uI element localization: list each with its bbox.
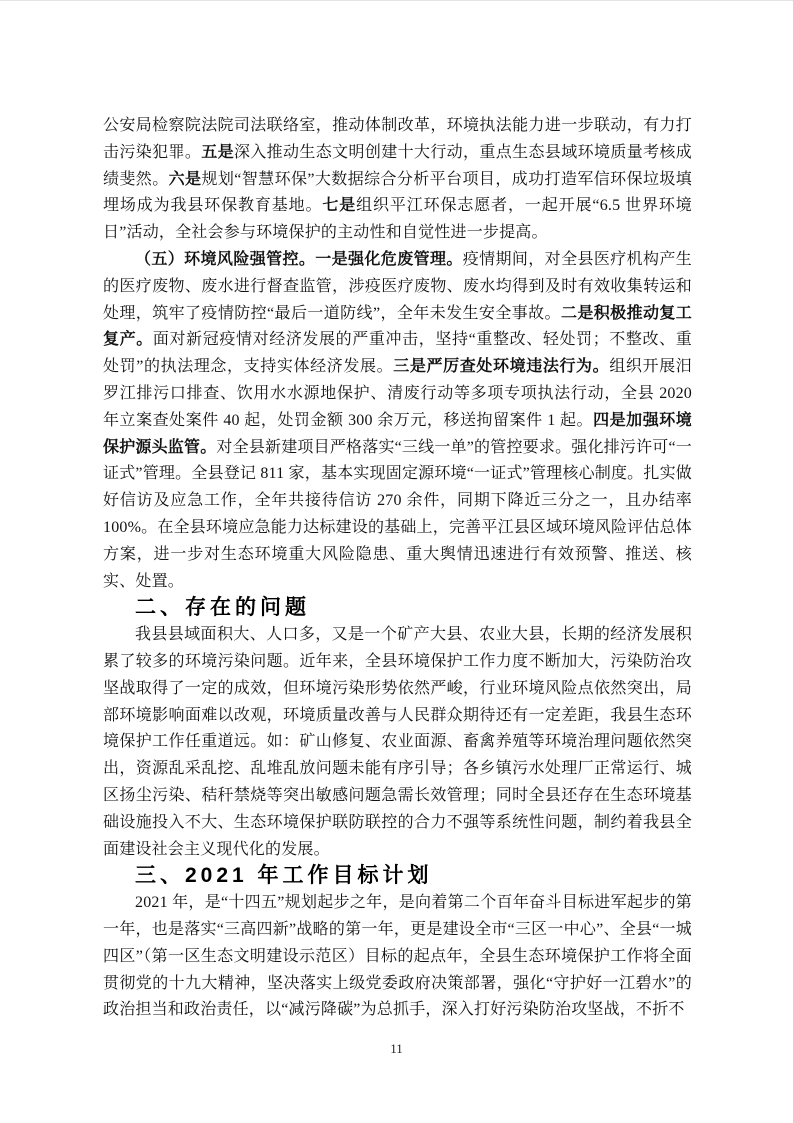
text-run: 三是严厉查处环境违法行为。 bbox=[393, 358, 609, 375]
text-run: 对全县新建项目严格落实“三线一单”的管控要求。强化排污许可“一证式”管理。全县登… bbox=[103, 439, 692, 590]
text-run: 我县县域面积大、人口多，又是一个矿产大县、农业大县，长期的经济发展积累了较多的环… bbox=[103, 626, 692, 857]
document-page: 公安局检察院法院司法联络室，推动体制改革，环境执法能力进一步联动，有力打击污染犯… bbox=[0, 0, 793, 1123]
text-run: 七是 bbox=[322, 197, 356, 214]
paragraph: （五）环境风险强管控。一是强化危废管理。疫情期间，对全县医疗机构产生的医疗废物、… bbox=[103, 247, 692, 595]
paragraph: 公安局检察院法院司法联络室，推动体制改革，环境执法能力进一步联动，有力打击污染犯… bbox=[103, 113, 692, 247]
paragraph: 2021 年，是“十四五”规划起步之年，是向着第二个百年奋斗目标进军起步的第一年… bbox=[103, 890, 692, 1024]
text-run: 三、2021 年工作目标计划 bbox=[135, 864, 433, 887]
page-footer: 11 bbox=[0, 1041, 793, 1057]
text-run: 二、存在的问题 bbox=[135, 596, 310, 619]
section-heading: 三、2021 年工作目标计划 bbox=[103, 863, 692, 890]
section-heading: 二、存在的问题 bbox=[103, 595, 692, 622]
page-number: 11 bbox=[390, 1041, 403, 1056]
text-run: 五是 bbox=[201, 144, 234, 161]
text-run: 六是 bbox=[169, 171, 202, 188]
paragraph: 我县县域面积大、人口多，又是一个矿产大县、农业大县，长期的经济发展积累了较多的环… bbox=[103, 622, 692, 863]
document-body: 公安局检察院法院司法联络室，推动体制改革，环境执法能力进一步联动，有力打击污染犯… bbox=[103, 113, 692, 1024]
text-run: （五）环境风险强管控。一是强化危废管理。 bbox=[135, 251, 463, 268]
text-run: 2021 年，是“十四五”规划起步之年，是向着第二个百年奋斗目标进军起步的第一年… bbox=[103, 894, 692, 1018]
